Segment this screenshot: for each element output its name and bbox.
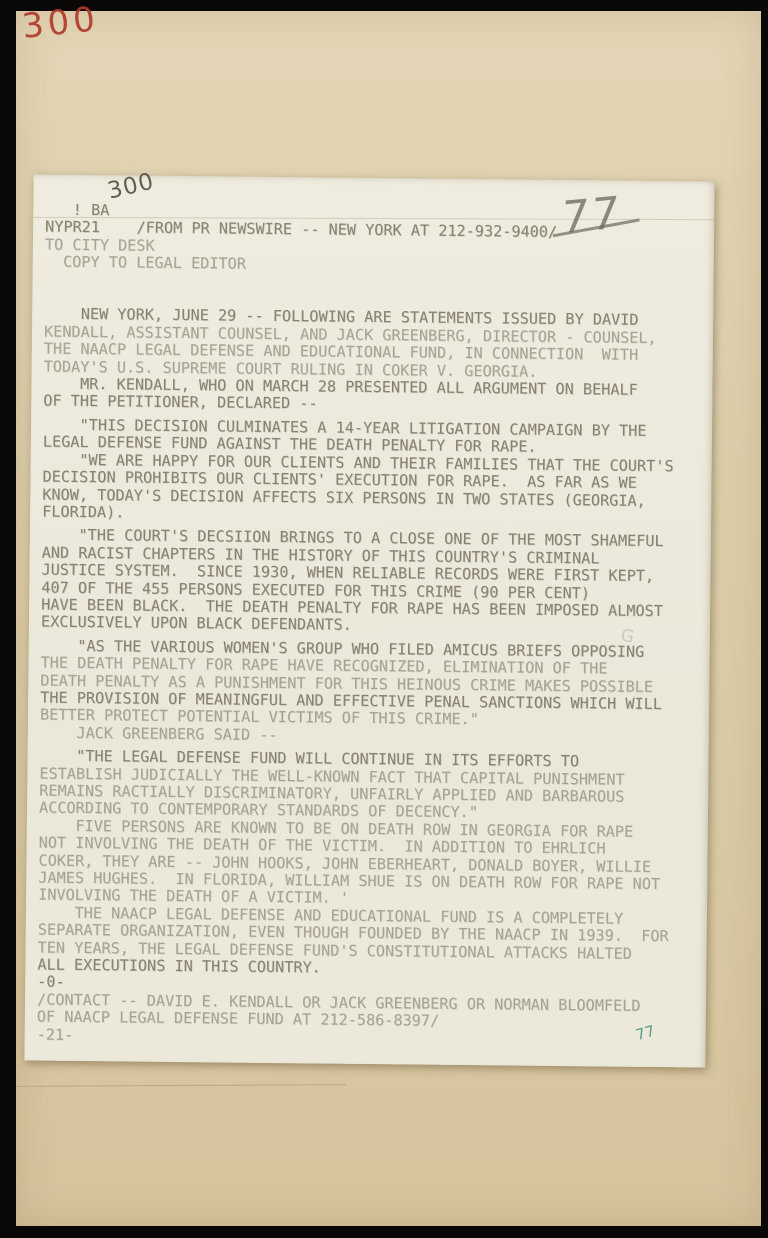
backing-seam-line <box>16 1084 346 1087</box>
backing-board: 300 300 77 ! BANYPR21 /FROM PR NEWSWIRE … <box>16 11 761 1226</box>
handwritten-red-number: 300 <box>20 0 101 47</box>
newswire-sheet: 300 77 ! BANYPR21 /FROM PR NEWSWIRE -- N… <box>24 174 714 1067</box>
typed-text: ! BANYPR21 /FROM PR NEWSWIRE -- NEW YORK… <box>37 202 686 1051</box>
scanned-page: 300 300 77 ! BANYPR21 /FROM PR NEWSWIRE … <box>0 0 768 1238</box>
handwritten-pencil-number: 300 <box>105 168 157 204</box>
